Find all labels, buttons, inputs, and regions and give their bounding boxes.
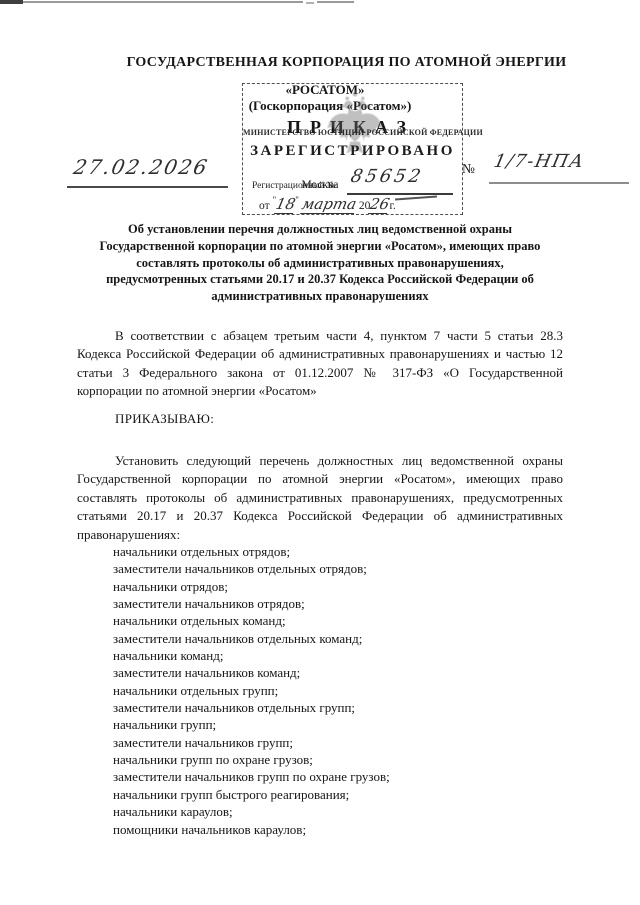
position-item: начальники групп по охране грузов; <box>113 751 390 768</box>
position-item: начальники отдельных отрядов; <box>113 543 390 560</box>
position-item: заместители начальников групп; <box>113 734 390 751</box>
doc-number-handwritten: 1/7-НПА <box>492 151 587 172</box>
order-date-handwritten: 27.02.2026 <box>71 155 211 179</box>
position-item: начальники отрядов; <box>113 578 390 595</box>
subject-line: Государственной корпорации по атомной эн… <box>77 238 563 255</box>
position-item: начальники отдельных групп; <box>113 682 390 699</box>
position-item: начальники команд; <box>113 647 390 664</box>
position-item: начальники групп; <box>113 716 390 733</box>
reg-number-handwritten: 85652 <box>349 166 426 187</box>
stamp-date-line: от "18" марта 2026г. <box>259 195 459 214</box>
subject-line: предусмотренных статьями 20.17 и 20.37 К… <box>77 271 563 288</box>
reg-number-label: Регистрационный № <box>252 181 336 191</box>
stamp-date-month-handwritten: марта <box>300 195 358 214</box>
position-item: заместители начальников отдельных групп; <box>113 699 390 716</box>
position-item: заместители начальников отдельных отрядо… <box>113 560 390 577</box>
scanned-order-document: ГОСУДАРСТВЕННАЯ КОРПОРАЦИЯ ПО АТОМНОЙ ЭН… <box>0 0 640 905</box>
subject-line: Об установлении перечня должностных лиц … <box>77 221 563 238</box>
position-item: заместители начальников отрядов; <box>113 595 390 612</box>
org-name-line1: ГОСУДАРСТВЕННАЯ КОРПОРАЦИЯ ПО АТОМНОЙ ЭН… <box>40 55 640 71</box>
ministry-label: МИНИСТЕРСТВО ЮСТИЦИИ РОССИЙСКОЙ ФЕДЕРАЦИ… <box>243 128 462 137</box>
subject-block: Об установлении перечня должностных лиц … <box>77 221 563 305</box>
position-item: начальники караулов; <box>113 803 390 820</box>
registration-stamp: МИНИСТЕРСТВО ЮСТИЦИИ РОССИЙСКОЙ ФЕДЕРАЦИ… <box>242 83 463 215</box>
body-paragraph-2: Установить следующий перечень должностны… <box>77 452 563 544</box>
stamp-date-prefix: от <box>259 200 270 212</box>
position-item: заместители начальников отдельных команд… <box>113 630 390 647</box>
stamp-date-day-handwritten: 18 <box>274 195 297 214</box>
order-verb: ПРИКАЗЫВАЮ: <box>115 411 214 427</box>
position-item: начальники групп быстрого реагирования; <box>113 786 390 803</box>
date-underline <box>67 186 228 188</box>
position-item: начальники отдельных команд; <box>113 612 390 629</box>
body-paragraph-1: В соответствии с абзацем третьим части 4… <box>77 327 563 401</box>
subject-line: административных правонарушениях <box>77 288 563 305</box>
number-underline <box>489 182 629 184</box>
stamp-date-suffix: г. <box>389 200 395 212</box>
doc-number-sign: № <box>462 161 475 177</box>
position-item: заместители начальников команд; <box>113 664 390 681</box>
subject-line: составлять протоколы об административных… <box>77 255 563 272</box>
scan-artifact-bar <box>0 0 23 4</box>
scan-artifact-line <box>317 1 354 3</box>
position-item: заместители начальников групп по охране … <box>113 768 390 785</box>
scan-artifact-dots <box>306 2 314 4</box>
positions-list: начальники отдельных отрядов;заместители… <box>113 543 390 838</box>
scan-artifact-line <box>23 1 303 3</box>
position-item: помощники начальников караулов; <box>113 821 390 838</box>
registered-label: ЗАРЕГИСТРИРОВАНО <box>243 143 462 160</box>
